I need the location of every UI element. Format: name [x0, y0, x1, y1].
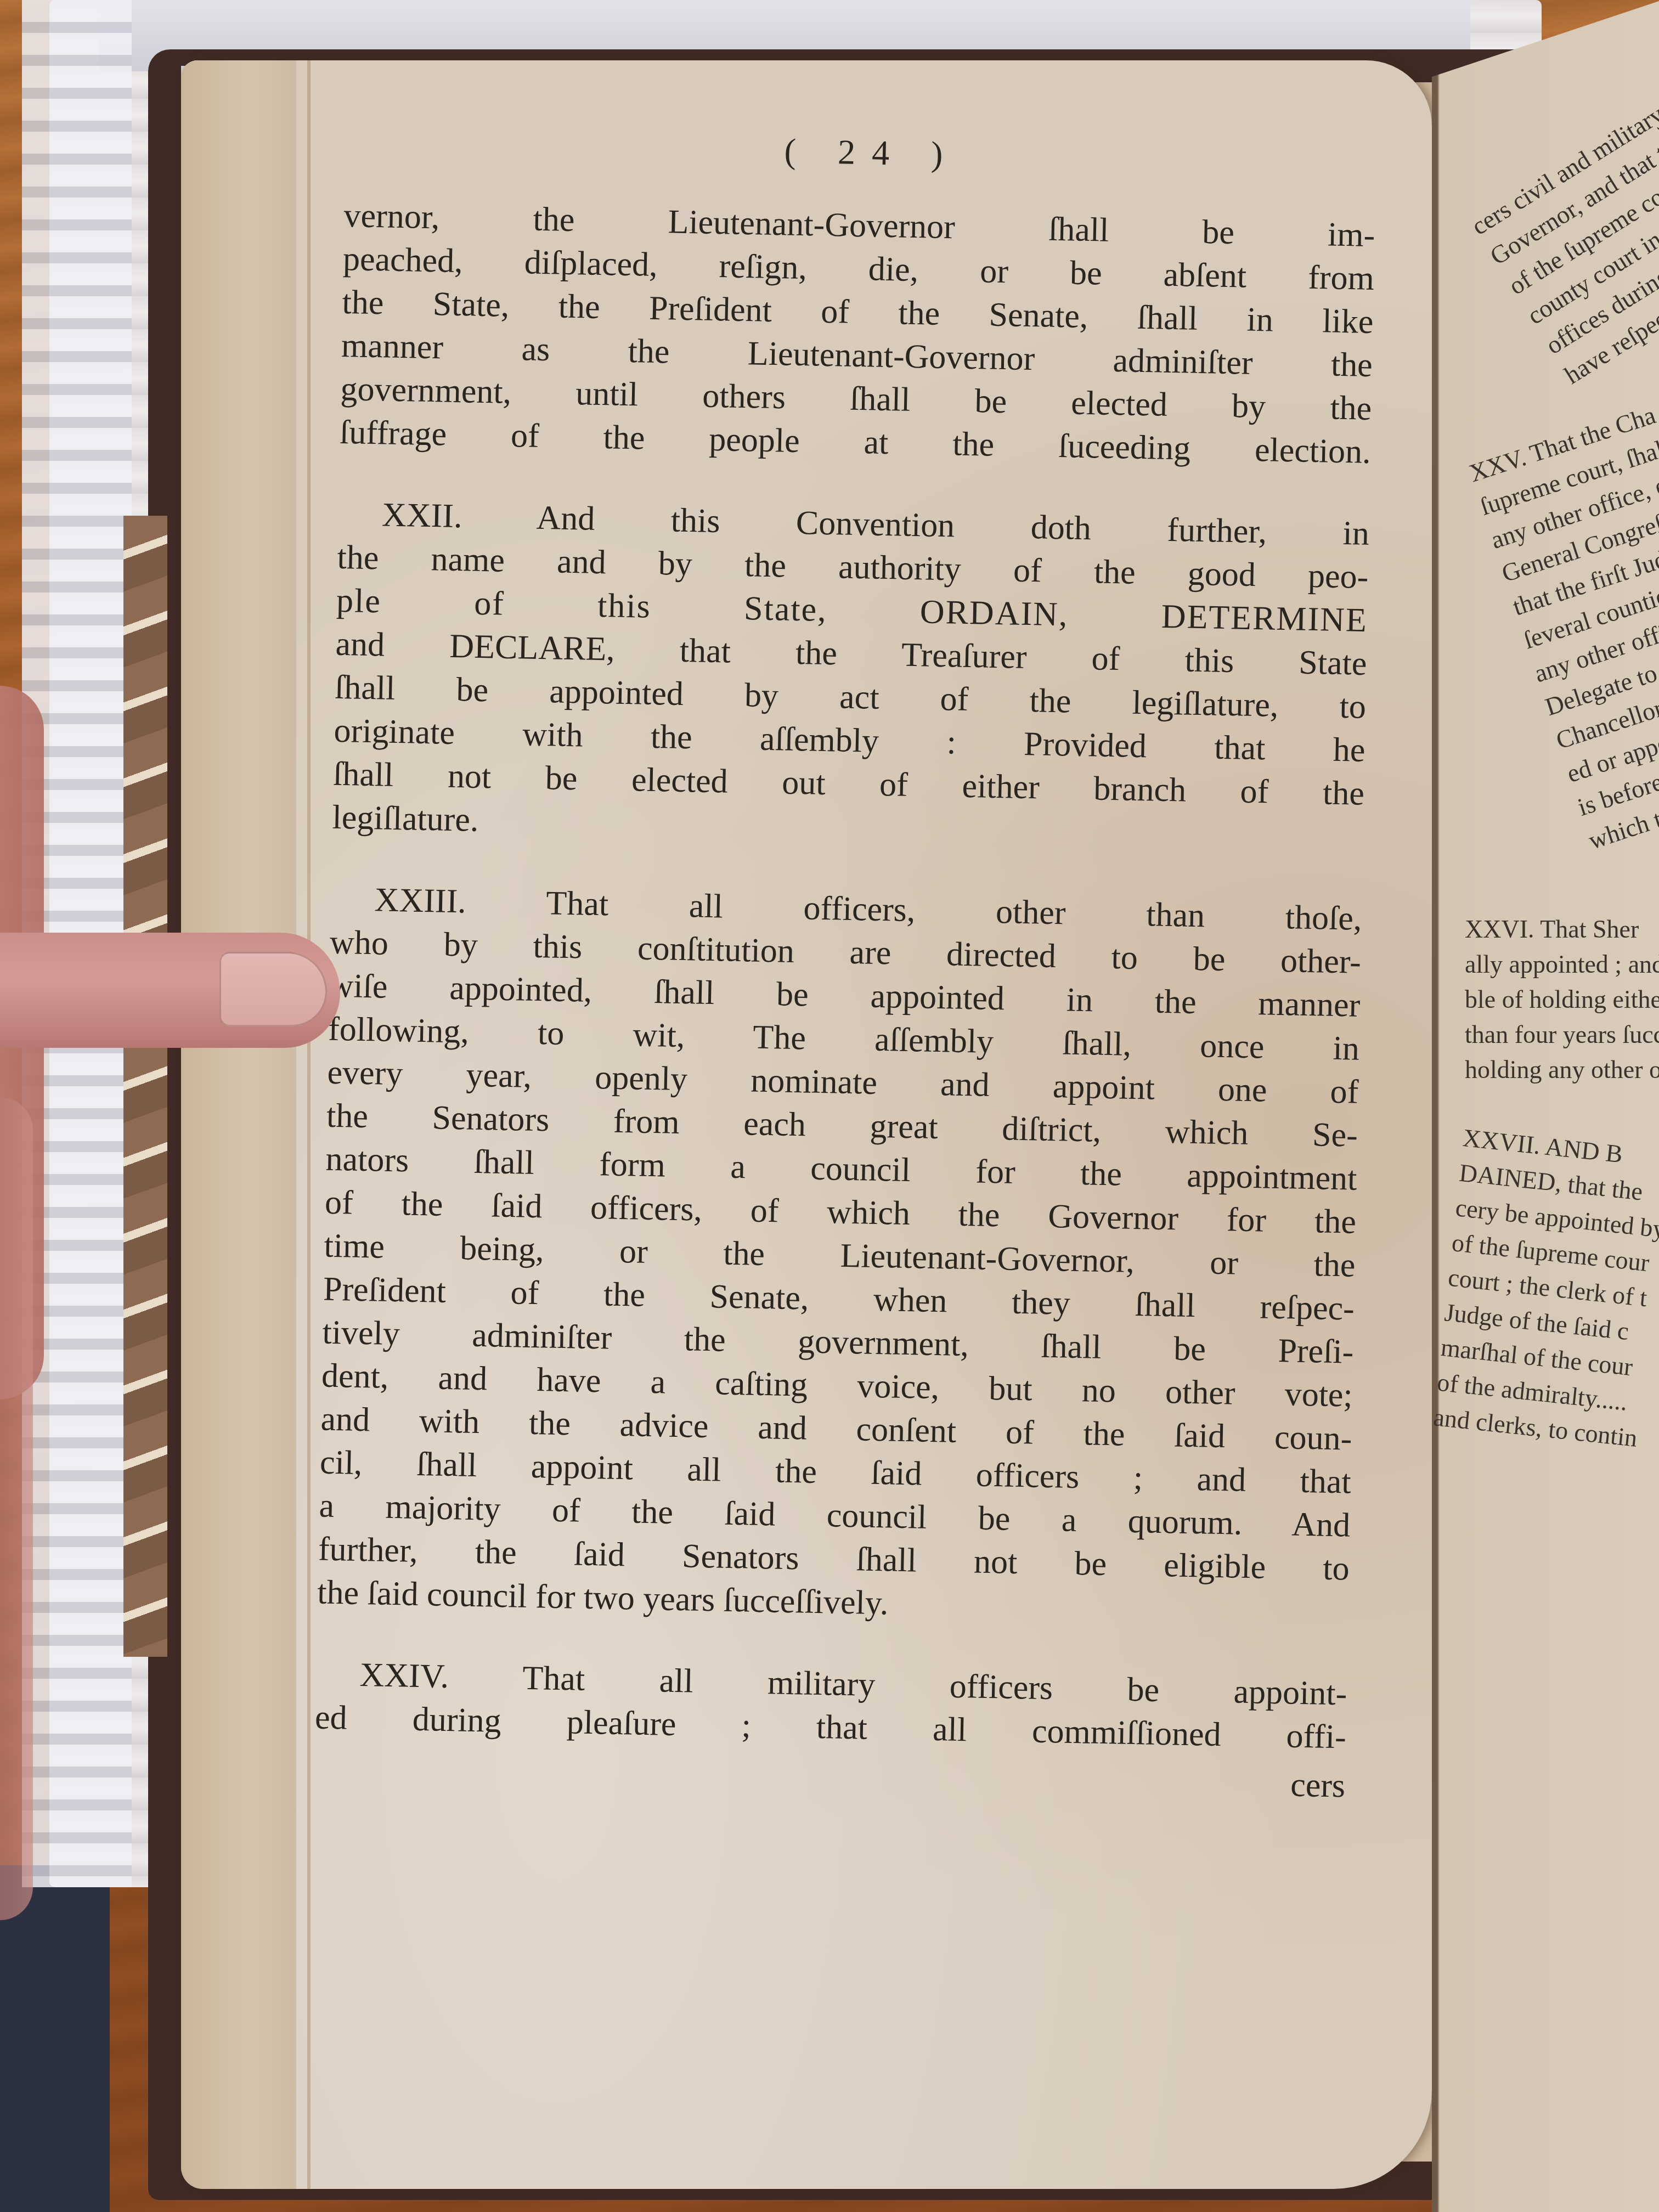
text-line: holding any other offi: [1465, 1052, 1659, 1087]
article-xxiii: XXIII. That all officers, other than tho…: [317, 878, 1362, 1634]
dark-cloth: [0, 1865, 110, 2212]
right-facing-page: cers civil and military Governor, and th…: [1432, 0, 1659, 2212]
fingernail: [219, 952, 327, 1026]
page-crease: [307, 60, 311, 2189]
text-line: than four years ſucce: [1465, 1017, 1659, 1052]
text-line: ble of holding either: [1465, 982, 1659, 1017]
left-page-text: ( 24 ) vernor, the Lieutenant-Governor ſ…: [314, 121, 1377, 1808]
article-xxii: XXII. And this Convention doth further, …: [332, 493, 1370, 859]
right-paragraph-continuation: cers civil and military Governor, and th…: [1465, 104, 1659, 393]
paragraph-continuation: vernor, the Lieutenant-Governor ſhall be…: [339, 194, 1375, 474]
article-xxiv: XXIV. That all military officers be appo…: [314, 1652, 1347, 1759]
marbled-board: [123, 516, 167, 1657]
right-article-xxvii: XXVII. AND B DAINED, that the cery be ap…: [1432, 1120, 1659, 1457]
text-line: XXVI. That Sher: [1465, 912, 1659, 947]
right-article-xxv: XXV. That the Cha ſupreme court, ſhall n…: [1465, 393, 1659, 859]
text-line: ally appointed ; and t: [1465, 947, 1659, 982]
right-page-text: cers civil and military Governor, and th…: [1465, 82, 1659, 1469]
right-article-xxvi: XXVI. That Sher ally appointed ; and t b…: [1465, 912, 1659, 1087]
page-fold: [181, 60, 296, 2189]
hand-palm: [0, 1097, 33, 1920]
